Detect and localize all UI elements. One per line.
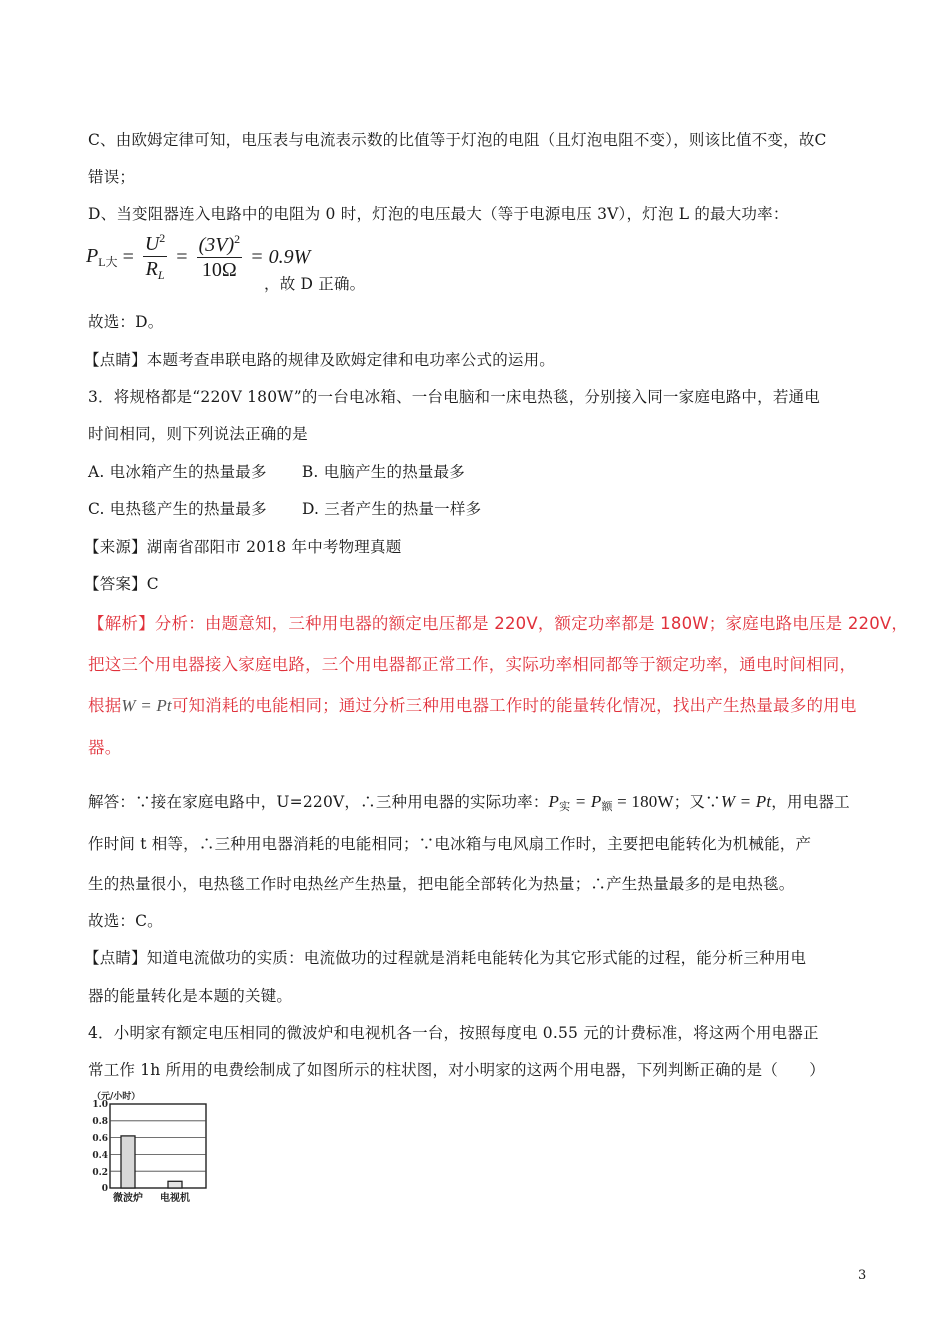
formula-conclusion: ，故 D 正确。: [264, 272, 365, 294]
q3-analysis-line-1: 【解析】分析：由题意知，三种用电器的额定电压都是 220V，额定功率都是 180…: [88, 610, 908, 634]
svg-text:0.8: 0.8: [92, 1117, 108, 1127]
q3-option-d: D. 三者产生的热量一样多: [302, 500, 481, 518]
q3-comment: 【点睛】知道电流做功的实质：电流做功的过程就是消耗电能转化为其它形式能的过程，能…: [84, 946, 806, 968]
q3-solution-line-3: 生的热量很小，电热毯工作时电热丝产生热量，把电能全部转化为热量；∴产生热量最多的…: [88, 872, 795, 894]
q2-choice: 故选：D。: [88, 310, 163, 332]
svg-text:1.0: 1.0: [92, 1100, 108, 1110]
svg-text:电视机: 电视机: [160, 1191, 190, 1204]
q3-option-b: B. 电脑产生的热量最多: [302, 463, 465, 481]
formula-fraction-2: (3V)2 10Ω: [197, 233, 243, 282]
q3-analysis-line-2: 把这三个用电器接入家庭电路，三个用电器都正常工作，实际功率相同都等于额定功率，通…: [88, 651, 856, 675]
q3-analysis-line-4: 器。: [88, 734, 121, 758]
q4-stem: 4．小明家有额定电压相同的微波炉和电视机各一台，按照每度电 0.55 元的计费标…: [88, 1021, 819, 1043]
q2-option-c-analysis: C、由欧姆定律可知，电压表与电流表示数的比值等于灯泡的电阻（且灯泡电阻不变），则…: [88, 128, 827, 150]
q2-option-c-analysis-cont: 错误；: [88, 165, 135, 187]
q3-option-c: C. 电热毯产生的热量最多: [88, 500, 267, 518]
q3-solution-line-1: 解答：∵接在家庭电路中，U=220V，∴三种用电器的实际功率：P实 = P额 =…: [88, 790, 850, 814]
q3-source: 【来源】湖南省邵阳市 2018 年中考物理真题: [84, 535, 401, 557]
formula-result: = 0.9W: [250, 246, 310, 269]
svg-text:微波炉: 微波炉: [113, 1191, 143, 1204]
svg-text:0.6: 0.6: [92, 1134, 108, 1144]
formula-fraction-1: U2 RL: [143, 232, 167, 282]
q3-options-row-2: C. 电热毯产生的热量最多 D. 三者产生的热量一样多: [88, 497, 481, 519]
bar-tv: [168, 1181, 182, 1188]
q3-options-row-1: A. 电冰箱产生的热量最多 B. 电脑产生的热量最多: [88, 460, 465, 482]
q3-answer: 【答案】C: [84, 572, 159, 594]
q3-choice: 故选：C。: [88, 909, 163, 931]
q2-option-d-analysis: D、当变阻器连入电路中的电阻为 0 时，灯泡的电压最大（等于电源电压 3V），灯…: [88, 202, 789, 224]
bar-microwave: [121, 1136, 135, 1188]
svg-text:0: 0: [102, 1184, 108, 1194]
svg-text:0.4: 0.4: [92, 1151, 108, 1161]
q3-stem-cont: 时间相同，则下列说法正确的是: [88, 422, 308, 444]
q3-comment-cont: 器的能量转化是本题的关键。: [88, 984, 292, 1006]
q3-option-a: A. 电冰箱产生的热量最多: [88, 463, 267, 481]
q4-stem-cont: 常工作 1h 所用的电费绘制成了如图所示的柱状图，对小明家的这两个用电器，下列判…: [88, 1058, 825, 1080]
chart-y-ticks: 1.0 0.8 0.6 0.4 0.2 0: [92, 1100, 108, 1194]
q3-analysis-line-3: 根据W = Pt可知消耗的电能相同；通过分析三种用电器工作时的能量转化情况，找出…: [88, 692, 857, 716]
electricity-cost-bar-chart: （元/小时） 1.0 0.8 0.6 0.4 0.2 0 微波炉 电视机: [88, 1090, 218, 1205]
q3-solution-line-2: 作时间 t 相等，∴三种用电器消耗的电能相同；∵电冰箱与电风扇工作时，主要把电能…: [88, 832, 811, 854]
svg-text:0.2: 0.2: [92, 1168, 108, 1178]
q3-stem: 3．将规格都是“220V 180W”的一台电冰箱、一台电脑和一床电热毯，分别接入…: [88, 385, 820, 407]
formula-lhs: PL大: [86, 245, 118, 270]
q2-comment: 【点睛】本题考查串联电路的规律及欧姆定律和电功率公式的运用。: [84, 348, 555, 370]
page-number: 3: [858, 1268, 866, 1283]
chart-x-labels: 微波炉 电视机: [113, 1191, 190, 1204]
